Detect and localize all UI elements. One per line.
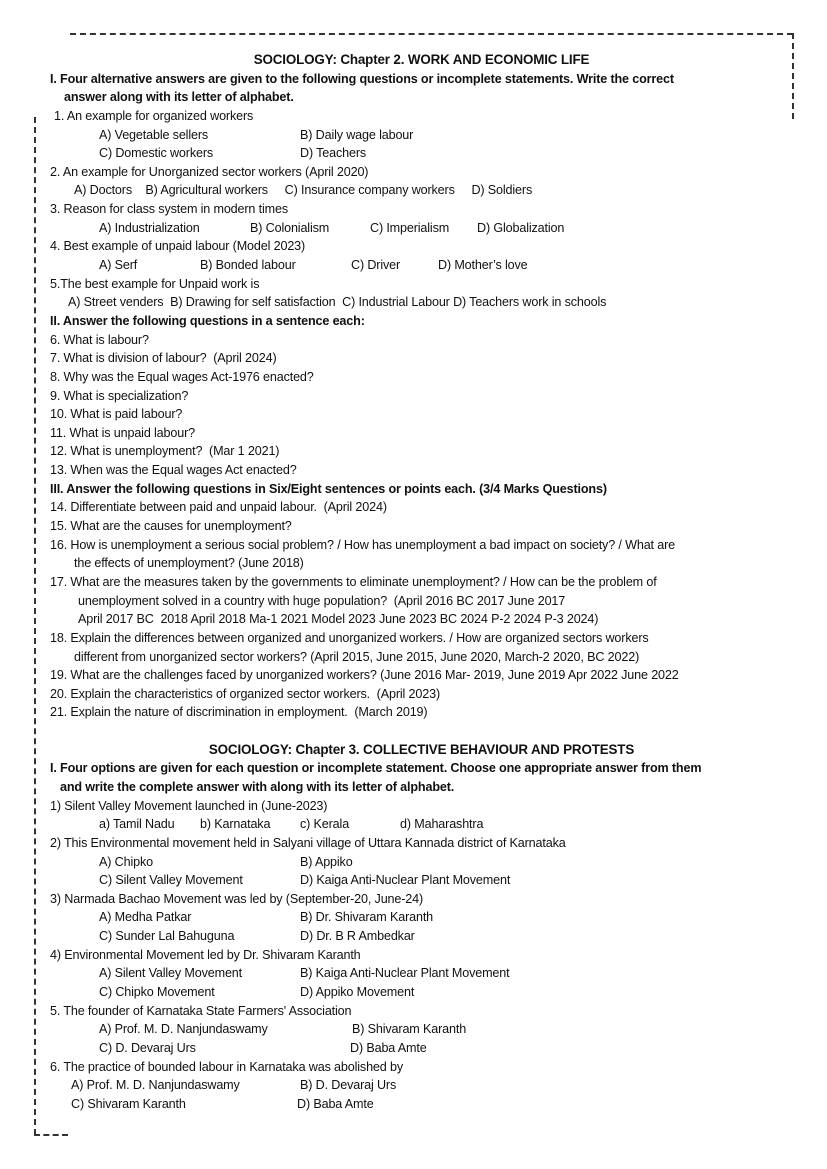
section-instruction: I. Four alternative answers are given to… xyxy=(0,70,827,89)
line-text: 6. The practice of bounded labour in Kar… xyxy=(50,1058,403,1077)
line-text: 16. How is unemployment a serious social… xyxy=(50,536,675,555)
line-text: 8. Why was the Equal wages Act-1976 enac… xyxy=(50,368,314,387)
question-text: 10. What is paid labour? xyxy=(0,405,827,424)
question-text: 19. What are the challenges faced by uno… xyxy=(0,666,827,685)
line-text: 11. What is unpaid labour? xyxy=(50,424,195,443)
line-text: 6. What is labour? xyxy=(50,331,149,350)
line-text: 10. What is paid labour? xyxy=(50,405,182,424)
question-text: unemployment solved in a country with hu… xyxy=(0,592,827,611)
answer-option: A) Medha Patkar xyxy=(99,908,191,927)
answer-option: D) Appiko Movement xyxy=(300,983,414,1002)
line-text: 1) Silent Valley Movement launched in (J… xyxy=(50,797,327,816)
question-text: 8. Why was the Equal wages Act-1976 enac… xyxy=(0,368,827,387)
answer-option: D) Globalization xyxy=(477,219,564,238)
question-text: 12. What is unemployment? (Mar 1 2021) xyxy=(0,442,827,461)
line-text: 17. What are the measures taken by the g… xyxy=(50,573,657,592)
answer-option: C) Sunder Lal Bahuguna xyxy=(99,927,234,946)
line-text: A) Street venders B) Drawing for self sa… xyxy=(68,293,606,312)
line-text: 5. The founder of Karnataka State Farmer… xyxy=(50,1002,351,1021)
question-text: April 2017 BC 2018 April 2018 Ma-1 2021 … xyxy=(0,610,827,629)
answer-option: D) Teachers xyxy=(300,144,366,163)
line-text: 2) This Environmental movement held in S… xyxy=(50,834,566,853)
answer-option: A) Industrialization xyxy=(99,219,200,238)
answer-options: A) Silent Valley MovementB) Kaiga Anti-N… xyxy=(0,964,827,983)
spacer xyxy=(0,722,827,741)
answer-options: C) Shivaram KaranthD) Baba Amte xyxy=(0,1095,827,1114)
answer-option: a) Tamil Nadu xyxy=(99,815,175,834)
section-instruction: II. Answer the following questions in a … xyxy=(0,312,827,331)
question-text: 14. Differentiate between paid and unpai… xyxy=(0,498,827,517)
answer-option: D) Baba Amte xyxy=(297,1095,374,1114)
question-text: 4) Environmental Movement led by Dr. Shi… xyxy=(0,946,827,965)
answer-option: D) Kaiga Anti-Nuclear Plant Movement xyxy=(300,871,510,890)
question-text: 2) This Environmental movement held in S… xyxy=(0,834,827,853)
answer-options: A) Vegetable sellersB) Daily wage labour xyxy=(0,126,827,145)
line-text: unemployment solved in a country with hu… xyxy=(78,592,565,611)
line-text: 3. Reason for class system in modern tim… xyxy=(50,200,288,219)
answer-option: D) Dr. B R Ambedkar xyxy=(300,927,415,946)
line-text: and write the complete answer with along… xyxy=(60,778,454,797)
question-text: 21. Explain the nature of discrimination… xyxy=(0,703,827,722)
page-border-top xyxy=(70,33,793,35)
answer-option: B) Colonialism xyxy=(250,219,329,238)
chapter-title: SOCIOLOGY: Chapter 3. COLLECTIVE BEHAVIO… xyxy=(0,741,827,760)
line-text: 9. What is specialization? xyxy=(50,387,188,406)
line-text: II. Answer the following questions in a … xyxy=(50,312,365,331)
section-instruction: and write the complete answer with along… xyxy=(0,778,827,797)
answer-option: B) Bonded labour xyxy=(200,256,296,275)
answer-option: B) Dr. Shivaram Karanth xyxy=(300,908,433,927)
chapter-title: SOCIOLOGY: Chapter 2. WORK AND ECONOMIC … xyxy=(0,51,827,70)
question-text: 1. An example for organized workers xyxy=(0,107,827,126)
question-text: 13. When was the Equal wages Act enacted… xyxy=(0,461,827,480)
line-text: I. Four alternative answers are given to… xyxy=(50,70,674,89)
line-text: 5.The best example for Unpaid work is xyxy=(50,275,259,294)
answer-option: D) Baba Amte xyxy=(350,1039,427,1058)
question-text: 17. What are the measures taken by the g… xyxy=(0,573,827,592)
line-text: 19. What are the challenges faced by uno… xyxy=(50,666,679,685)
line-text: 1. An example for organized workers xyxy=(54,107,253,126)
line-text: 20. Explain the characteristics of organ… xyxy=(50,685,440,704)
question-text: 15. What are the causes for unemployment… xyxy=(0,517,827,536)
line-text: the effects of unemployment? (June 2018) xyxy=(74,554,304,573)
answer-options: C) Chipko MovementD) Appiko Movement xyxy=(0,983,827,1002)
answer-option: C) D. Devaraj Urs xyxy=(99,1039,196,1058)
answer-option: B) Kaiga Anti-Nuclear Plant Movement xyxy=(300,964,510,983)
answer-option: C) Driver xyxy=(351,256,400,275)
answer-option: A) Prof. M. D. Nanjundaswamy xyxy=(99,1020,268,1039)
line-text: 4) Environmental Movement led by Dr. Shi… xyxy=(50,946,361,965)
question-text: the effects of unemployment? (June 2018) xyxy=(0,554,827,573)
answer-option: B) D. Devaraj Urs xyxy=(300,1076,396,1095)
question-text: 4. Best example of unpaid labour (Model … xyxy=(0,237,827,256)
question-text: 7. What is division of labour? (April 20… xyxy=(0,349,827,368)
line-text: different from unorganized sector worker… xyxy=(74,648,639,667)
answer-option: C) Silent Valley Movement xyxy=(99,871,243,890)
question-text: 3. Reason for class system in modern tim… xyxy=(0,200,827,219)
question-text: A) Street venders B) Drawing for self sa… xyxy=(0,293,827,312)
question-text: 16. How is unemployment a serious social… xyxy=(0,536,827,555)
answer-option: C) Domestic workers xyxy=(99,144,213,163)
question-text: 2. An example for Unorganized sector wor… xyxy=(0,163,827,182)
question-text: 1) Silent Valley Movement launched in (J… xyxy=(0,797,827,816)
answer-option: A) Prof. M. D. Nanjundaswamy xyxy=(71,1076,240,1095)
answer-options: C) Sunder Lal BahugunaD) Dr. B R Ambedka… xyxy=(0,927,827,946)
answer-options: C) D. Devaraj UrsD) Baba Amte xyxy=(0,1039,827,1058)
question-text: 6. What is labour? xyxy=(0,331,827,350)
answer-options: A) ChipkoB) Appiko xyxy=(0,853,827,872)
line-text: 14. Differentiate between paid and unpai… xyxy=(50,498,387,517)
answer-option: A) Chipko xyxy=(99,853,153,872)
answer-option: A) Serf xyxy=(99,256,137,275)
answer-options: A) IndustrializationB) ColonialismC) Imp… xyxy=(0,219,827,238)
answer-option: b) Karnataka xyxy=(200,815,270,834)
answer-options: A) Prof. M. D. NanjundaswamyB) D. Devara… xyxy=(0,1076,827,1095)
question-text: 11. What is unpaid labour? xyxy=(0,424,827,443)
answer-options: A) SerfB) Bonded labourC) DriverD) Mothe… xyxy=(0,256,827,275)
question-text: 5.The best example for Unpaid work is xyxy=(0,275,827,294)
line-text: answer along with its letter of alphabet… xyxy=(64,88,294,107)
line-text: 2. An example for Unorganized sector wor… xyxy=(50,163,368,182)
line-text: 15. What are the causes for unemployment… xyxy=(50,517,292,536)
line-text: 18. Explain the differences between orga… xyxy=(50,629,649,648)
question-text: 6. The practice of bounded labour in Kar… xyxy=(0,1058,827,1077)
line-text: A) Doctors B) Agricultural workers C) In… xyxy=(74,181,532,200)
question-text: 20. Explain the characteristics of organ… xyxy=(0,685,827,704)
line-text: 3) Narmada Bachao Movement was led by (S… xyxy=(50,890,423,909)
line-text: 12. What is unemployment? (Mar 1 2021) xyxy=(50,442,279,461)
section-instruction: I. Four options are given for each quest… xyxy=(0,759,827,778)
line-text: I. Four options are given for each quest… xyxy=(50,759,701,778)
answer-options: a) Tamil Nadub) Karnatakac) Keralad) Mah… xyxy=(0,815,827,834)
answer-options: A) Medha PatkarB) Dr. Shivaram Karanth xyxy=(0,908,827,927)
answer-option: A) Vegetable sellers xyxy=(99,126,208,145)
answer-option: d) Maharashtra xyxy=(400,815,483,834)
section-instruction: III. Answer the following questions in S… xyxy=(0,480,827,499)
line-text: 7. What is division of labour? (April 20… xyxy=(50,349,277,368)
answer-options: A) Prof. M. D. NanjundaswamyB) Shivaram … xyxy=(0,1020,827,1039)
section-instruction: answer along with its letter of alphabet… xyxy=(0,88,827,107)
line-text: III. Answer the following questions in S… xyxy=(50,480,607,499)
answer-option: C) Chipko Movement xyxy=(99,983,215,1002)
question-text: 9. What is specialization? xyxy=(0,387,827,406)
question-text: 5. The founder of Karnataka State Farmer… xyxy=(0,1002,827,1021)
line-text: April 2017 BC 2018 April 2018 Ma-1 2021 … xyxy=(78,610,598,629)
answer-option: c) Kerala xyxy=(300,815,349,834)
answer-option: C) Imperialism xyxy=(370,219,449,238)
answer-option: B) Shivaram Karanth xyxy=(352,1020,466,1039)
question-text: 3) Narmada Bachao Movement was led by (S… xyxy=(0,890,827,909)
line-text: 13. When was the Equal wages Act enacted… xyxy=(50,461,297,480)
question-text: 18. Explain the differences between orga… xyxy=(0,629,827,648)
line-text: 21. Explain the nature of discrimination… xyxy=(50,703,427,722)
line-text: 4. Best example of unpaid labour (Model … xyxy=(50,237,305,256)
answer-options: C) Silent Valley MovementD) Kaiga Anti-N… xyxy=(0,871,827,890)
answer-option: D) Mother’s love xyxy=(438,256,528,275)
answer-option: B) Daily wage labour xyxy=(300,126,413,145)
answer-options: C) Domestic workersD) Teachers xyxy=(0,144,827,163)
answer-option: C) Shivaram Karanth xyxy=(71,1095,186,1114)
question-text: A) Doctors B) Agricultural workers C) In… xyxy=(0,181,827,200)
answer-option: A) Silent Valley Movement xyxy=(99,964,242,983)
page-border-bottom xyxy=(34,1134,68,1136)
question-text: different from unorganized sector worker… xyxy=(0,648,827,667)
answer-option: B) Appiko xyxy=(300,853,353,872)
document-body: SOCIOLOGY: Chapter 2. WORK AND ECONOMIC … xyxy=(0,51,827,1114)
